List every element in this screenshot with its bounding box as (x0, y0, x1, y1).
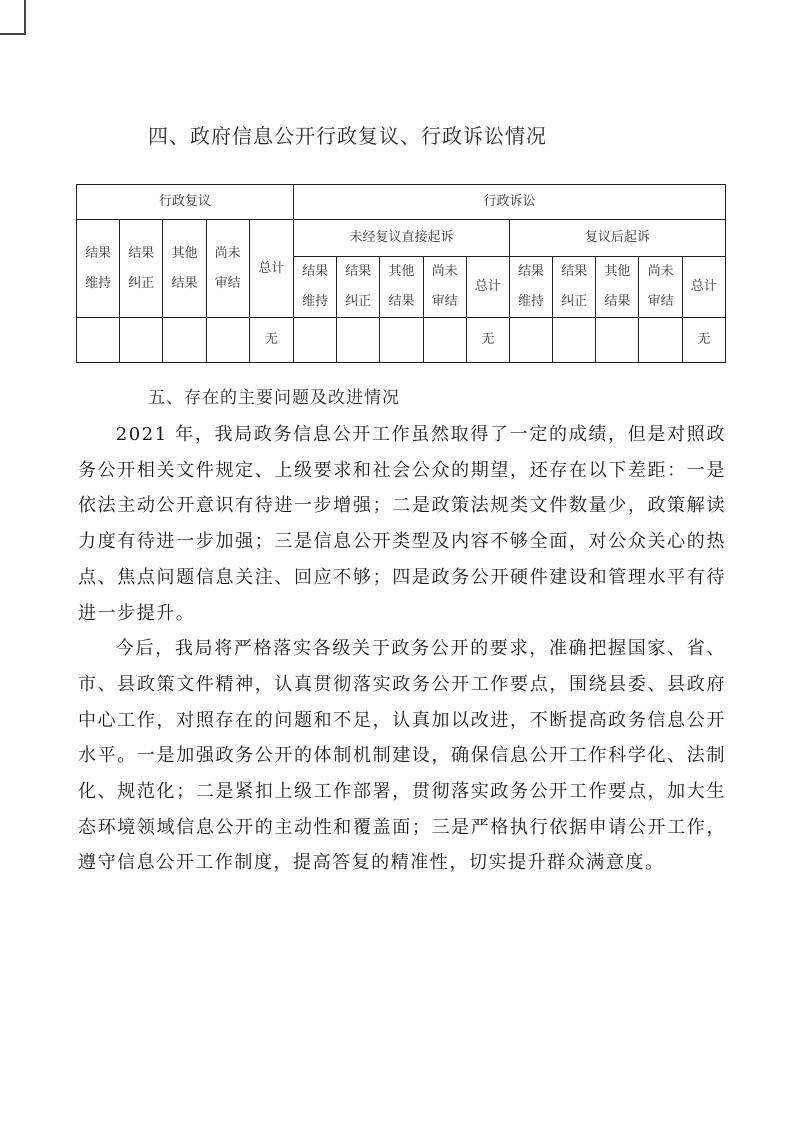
direct-pending-value (423, 318, 466, 363)
paragraph-shortcomings: 2021 年，我局政务信息公开工作虽然取得了一定的成绩，但是对照政务公开相关文件… (78, 417, 726, 631)
review-col-upheld: 结果维持 (77, 220, 120, 318)
review-col-corrected: 结果纠正 (120, 220, 163, 318)
header-direct-litigation: 未经复议直接起诉 (293, 220, 509, 257)
page-corner-mark (0, 0, 26, 35)
section-4-heading: 四、政府信息公开行政复议、行政诉讼情况 (148, 120, 547, 149)
review-upheld-value (77, 318, 120, 363)
review-corrected-value (120, 318, 163, 363)
header-administrative-review: 行政复议 (77, 185, 294, 220)
after-review-col-total: 总计 (682, 257, 725, 318)
header-litigation-after-review: 复议后起诉 (509, 220, 725, 257)
table-header-row-2: 结果维持 结果纠正 其他结果 尚未审结 总计 未经复议直接起诉 复议后起诉 (77, 220, 726, 257)
after-review-col-pending: 尚未审结 (639, 257, 682, 318)
direct-col-total: 总计 (466, 257, 509, 318)
after-review-corrected-value (553, 318, 596, 363)
section-5-body: 2021 年，我局政务信息公开工作虽然取得了一定的成绩，但是对照政务公开相关文件… (78, 417, 726, 881)
table-header-row-1: 行政复议 行政诉讼 (77, 185, 726, 220)
review-other-value (163, 318, 206, 363)
direct-total-value: 无 (466, 318, 509, 363)
direct-col-upheld: 结果维持 (293, 257, 336, 318)
header-administrative-litigation: 行政诉讼 (293, 185, 725, 220)
after-review-pending-value (639, 318, 682, 363)
direct-col-pending: 尚未审结 (423, 257, 466, 318)
after-review-upheld-value (509, 318, 552, 363)
after-review-total-value: 无 (682, 318, 725, 363)
after-review-col-upheld: 结果维持 (509, 257, 552, 318)
review-col-other: 其他结果 (163, 220, 206, 318)
direct-col-corrected: 结果纠正 (337, 257, 380, 318)
paragraph-improvements: 今后，我局将严格落实各级关于政务公开的要求，准确把握国家、省、市、县政策文件精神… (78, 631, 726, 881)
review-litigation-table: 行政复议 行政诉讼 结果维持 结果纠正 其他结果 尚未审结 总计 未经复议直接起… (76, 184, 726, 363)
review-col-pending: 尚未审结 (206, 220, 249, 318)
table-data-row: 无 无 无 (77, 318, 726, 363)
review-col-total: 总计 (249, 220, 293, 318)
after-review-col-other: 其他结果 (596, 257, 639, 318)
direct-col-other: 其他结果 (380, 257, 423, 318)
review-pending-value (206, 318, 249, 363)
after-review-col-corrected: 结果纠正 (553, 257, 596, 318)
review-total-value: 无 (249, 318, 293, 363)
direct-other-value (380, 318, 423, 363)
direct-corrected-value (337, 318, 380, 363)
direct-upheld-value (293, 318, 336, 363)
after-review-other-value (596, 318, 639, 363)
section-5-heading: 五、存在的主要问题及改进情况 (148, 383, 400, 408)
